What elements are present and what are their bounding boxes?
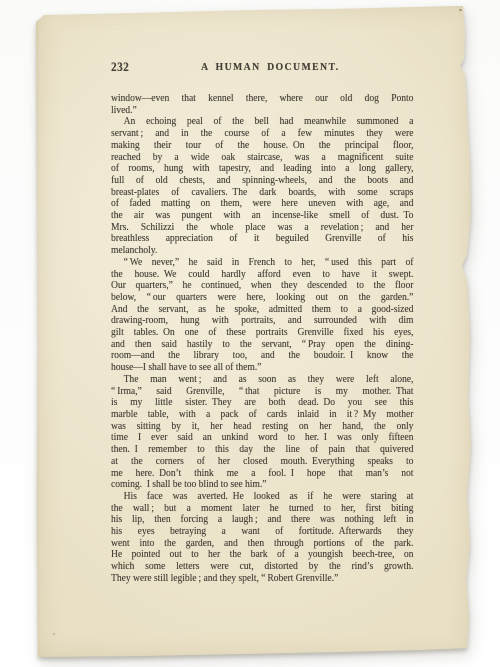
- scanned-page-wrap: 232 A HUMAN DOCUMENT. window—even that k…: [0, 0, 500, 667]
- book-page: 232 A HUMAN DOCUMENT. window—even that k…: [36, 4, 473, 659]
- printed-content: 232 A HUMAN DOCUMENT. window—even that k…: [111, 60, 413, 585]
- page-text: window—even that kennel there, where our…: [111, 93, 413, 585]
- text-line: the wall ; but a moment later he turned …: [111, 503, 413, 515]
- text-line: his lip, then forcing a laugh ; and ther…: [111, 514, 413, 526]
- text-line: marble table, with a pack of cards inlai…: [111, 409, 413, 421]
- text-line: window—even that kennel there, where our…: [111, 93, 413, 105]
- text-line: which some letters were cut, distorted b…: [111, 561, 413, 573]
- text-line: breathless appreciation of it beguiled G…: [111, 233, 413, 245]
- text-line: An echoing peal of the bell had meanwhil…: [111, 116, 413, 128]
- text-line: drawing-room, hung with portraits, and s…: [111, 315, 413, 327]
- text-line: below, “ our quarters were here, looking…: [111, 292, 413, 304]
- text-line: was sitting by it, her head resting on h…: [111, 421, 413, 433]
- text-line: reached by a wide oak staircase, was a m…: [111, 152, 413, 164]
- text-line: The man went ; and as soon as they were …: [111, 374, 413, 386]
- text-line: They were still legible ; and they spelt…: [111, 573, 413, 585]
- text-line: servant ; and in the course of a few min…: [111, 128, 413, 140]
- text-line: his eyes betraying a want of fortitude. …: [111, 526, 413, 538]
- text-line: and then said hastily to the servant, “ …: [111, 339, 413, 351]
- text-line: Our quarters,” he continued, when they d…: [111, 280, 413, 292]
- text-line: full of old chests, and spinning-wheels,…: [111, 175, 413, 187]
- text-line: of rooms, hung with tapestry, and leadin…: [111, 163, 413, 175]
- text-line: gilt tables. On one of these portraits G…: [111, 327, 413, 339]
- text-line: of faded matting on them, were here unev…: [111, 198, 413, 210]
- text-line: melancholy.: [111, 245, 413, 257]
- text-line: the air was pungent with an incense-like…: [111, 210, 413, 222]
- text-line: “ Irma,” said Grenville, “ that picture …: [111, 386, 413, 398]
- text-line: His face was averted. He looked as if he…: [111, 491, 413, 503]
- running-title: A HUMAN DOCUMENT.: [119, 60, 421, 74]
- paper-speck: [459, 9, 462, 11]
- text-line: went into the garden, and then through p…: [111, 538, 413, 550]
- text-line: me here. Don’t think me a fool. I hope t…: [111, 468, 413, 480]
- text-line: Mrs. Schilizzi the whole place was a rev…: [111, 222, 413, 234]
- text-line: house—I shall have to see all of them.”: [111, 362, 413, 374]
- text-line: “ We never,” he said in French to her, “…: [111, 257, 413, 269]
- scan-backdrop: { "page": { "number": "232", "running_ti…: [0, 0, 500, 667]
- text-line: room—and the library too, and the boudoi…: [111, 350, 413, 362]
- text-line: making their tour of the house. On the p…: [111, 140, 413, 152]
- page-header: 232 A HUMAN DOCUMENT.: [111, 60, 413, 74]
- text-line: breast-plates of cavaliers. The dark boa…: [111, 187, 413, 199]
- text-line: then. I remember to this day the line of…: [111, 444, 413, 456]
- text-line: at the corners of her closed mouth. Ever…: [111, 456, 413, 468]
- text-line: coming. I shall be too blind to see him.…: [111, 479, 413, 491]
- text-line: lived.”: [111, 105, 413, 117]
- paper-speck: [53, 633, 55, 635]
- text-line: And the servant, as he spoke, admitted t…: [111, 304, 413, 316]
- text-line: is my little sister. They are both dead.…: [111, 397, 413, 409]
- text-line: He pointed out to her the bark of a youn…: [111, 549, 413, 561]
- text-line: the house. We could hardly afford even t…: [111, 269, 413, 281]
- text-line: time I ever said an unkind word to her. …: [111, 432, 413, 444]
